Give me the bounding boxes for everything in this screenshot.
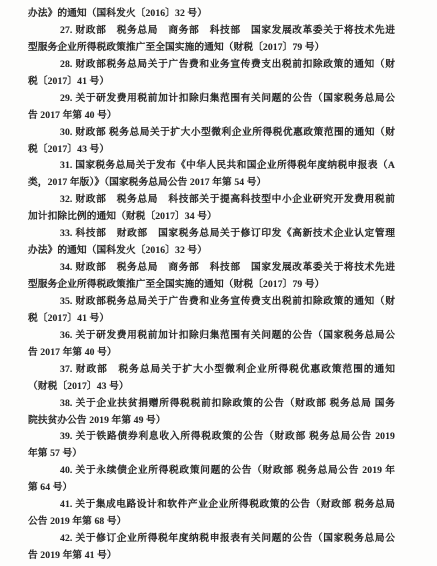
text-line: 办法》的通知（国科发火〔2016〕32 号） xyxy=(28,243,395,260)
text-line: 42. 关于修订企业所得税年度纳税申报表有关问题的公告（国家税务总局公 xyxy=(28,531,395,548)
text-line: 38. 关于企业扶贫捐赠所得税税前扣除政策的公告（财政部 税务总局 国务 xyxy=(28,396,395,413)
text-line: 31. 国家税务总局关于发布《中华人民共和国企业所得税年度纳税申报表（A xyxy=(28,158,395,175)
text-line: 34. 财政部 税务总局 商务部 科技部 国家发展改革委关于将技术先进 xyxy=(28,260,395,277)
text-line: 告 2019 年第 41 号） xyxy=(28,548,395,565)
text-line: 型服务企业所得税政策推广至全国实施的通知（财税〔2017〕79 号） xyxy=(28,40,395,57)
text-line: 加计扣除比例的通知（财税〔2017〕34 号） xyxy=(28,209,395,226)
text-line: 35. 财政部税务总局关于广告费和业务宣传费支出税前扣除政策的通知（财 xyxy=(28,294,395,311)
text-line: 36. 关于研发费用税前加计扣除归集范围有关问题的公告（国家税务总局公 xyxy=(28,328,395,345)
text-line: 税〔2017〕41 号） xyxy=(28,311,395,328)
text-line: 33. 科技部 财政部 国家税务总局关于修订印发《高新技术企业认定管理 xyxy=(28,226,395,243)
text-line: 税〔2017〕43 号） xyxy=(28,142,395,159)
text-line: 第 64 号） xyxy=(28,480,395,497)
text-line: 28. 财政部税务总局关于广告费和业务宣传费支出税前扣除政策的通知（财 xyxy=(28,57,395,74)
text-line: 告 2017 年第 40 号） xyxy=(28,108,395,125)
text-line: 公告 2019 年第 68 号） xyxy=(28,514,395,531)
text-line: 税〔2017〕41 号） xyxy=(28,74,395,91)
text-line: 32. 财政部 税务总局 科技部关于提高科技型中小企业研究开发费用税前 xyxy=(28,192,395,209)
text-line: 37. 财政部 税务总局关于扩大小型微利企业所得税优惠政策范围的通知 xyxy=(28,362,395,379)
text-line: 院扶贫办公告 2019 年第 49 号） xyxy=(28,413,395,430)
text-line: 年第 57 号） xyxy=(28,446,395,463)
text-line: 39. 关于铁路债券利息收入所得税政策的公告（财政部 税务总局公告 2019 xyxy=(28,429,395,446)
text-line: 30. 财政部 税务总局关于扩大小型微利企业所得税优惠政策范围的通知（财 xyxy=(28,125,395,142)
text-line: 办法》的通知（国科发火〔2016〕32 号） xyxy=(28,6,395,23)
scanned-document-page: 办法》的通知（国科发火〔2016〕32 号） 27. 财政部 税务总局 商务部 … xyxy=(0,0,437,566)
text-line: 型服务企业所得税政策推广至全国实施的通知（财税〔2017〕79 号） xyxy=(28,277,395,294)
text-line: 告 2017 年第 40 号） xyxy=(28,345,395,362)
text-line: （财税〔2017〕43 号） xyxy=(28,379,395,396)
document-text: 办法》的通知（国科发火〔2016〕32 号） 27. 财政部 税务总局 商务部 … xyxy=(28,6,395,565)
text-line: 27. 财政部 税务总局 商务部 科技部 国家发展改革委关于将技术先进 xyxy=(28,23,395,40)
text-line: 41. 关于集成电路设计和软件产业企业所得税政策的公告（财政部 税务总局 xyxy=(28,497,395,514)
text-line: 29. 关于研发费用税前加计扣除归集范围有关问题的公告（国家税务总局公 xyxy=(28,91,395,108)
text-line: 40. 关于永续债企业所得税政策问题的公告（财政部 税务总局公告 2019 年 xyxy=(28,463,395,480)
text-line: 类，2017 年版）》（国家税务总局公告 2017 年第 54 号） xyxy=(28,175,395,192)
